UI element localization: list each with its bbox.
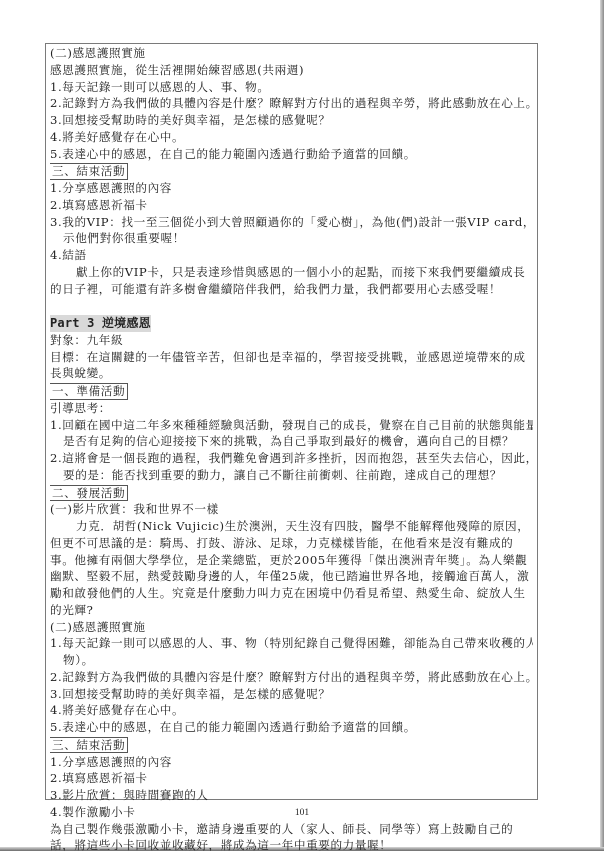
- text-line: 1.每天記錄一則可以感恩的人、事、物（特別紀錄自己覺得困難，卻能為自己帶來收穫的…: [50, 635, 533, 652]
- section-heading-row: 二、發展活動: [50, 484, 533, 502]
- text-line: 3.回想接受幫助時的美好與幸福，是怎樣的感覺呢？: [50, 686, 533, 703]
- text-line: 2.這將會是一個長跑的過程，我們難免會遇到許多挫折，因而抱怨，甚至失去信心，因此…: [50, 450, 533, 467]
- text-line: 示他們對你很重要喔！: [50, 230, 533, 247]
- text-line: 1.分享感恩護照的內容: [50, 180, 533, 197]
- text-line: 5.表達心中的感恩，在自己的能力範圍內透過行動給予適當的回饋。: [50, 719, 533, 736]
- text-line: 4.結語: [50, 247, 533, 264]
- text-line: 2.填寫感恩祈福卡: [50, 197, 533, 214]
- text-line: 為自己製作幾張激勵小卡，邀請身邊重要的人（家人、師長、同學等）寫上鼓勵自己的話，…: [50, 821, 533, 851]
- text-line: 2.填寫感恩祈福卡: [50, 770, 533, 787]
- body-paragraph: 力克．胡哲(Nick Vujicic)生於澳洲，天生沒有四肢，醫學不能解釋他殘障…: [50, 518, 533, 619]
- section-heading-row: 三、結束活動: [50, 162, 533, 180]
- text-line: 感恩護照實施，從生活裡開始練習感恩(共兩週): [50, 62, 533, 79]
- section-heading: 三、結束活動: [50, 737, 128, 754]
- text-line: 4.將美好感覺存在心中。: [50, 702, 533, 719]
- text-line: 對象：九年級: [50, 332, 533, 349]
- text-line: 3.我的VIP：找一至三個從小到大曾照顧過你的「愛心樹」，為他(們)設計一張VI…: [50, 214, 533, 231]
- section-heading-row: 三、結束活動: [50, 736, 533, 754]
- text-line: 目標：在這關鍵的一年儘管辛苦，但卻也是幸福的，學習接受挑戰，並感恩逆境帶來的成長…: [50, 349, 533, 383]
- text-line: 是否有足夠的信心迎接接下來的挑戰，為自己爭取到最好的機會，邁向自己的目標？: [50, 433, 533, 450]
- section-heading: 一、準備活動: [50, 383, 128, 400]
- text-line: 引導思考：: [50, 400, 533, 417]
- text-line: (二)感恩護照實施: [50, 619, 533, 636]
- page-number: 101: [0, 808, 604, 818]
- text-line: (二)感恩護照實施: [50, 45, 533, 62]
- part-heading-row: Part 3 逆境感恩: [50, 314, 533, 332]
- text-line: 物）。: [50, 652, 533, 669]
- text-line: 要的是：能否找到重要的動力，讓自己不斷往前衝刺、往前跑，達成自己的理想？: [50, 467, 533, 484]
- text-line: 2.記錄對方為我們做的具體內容是什麼？瞭解對方付出的過程與辛勞，將此感動放在心上…: [50, 669, 533, 686]
- text-line: 5.表達心中的感恩，在自己的能力範圍內透過行動給予適當的回饋。: [50, 146, 533, 163]
- section-heading: 二、發展活動: [50, 485, 128, 502]
- section-heading: 三、結束活動: [50, 163, 128, 180]
- text-line: 4.將美好感覺存在心中。: [50, 129, 533, 146]
- text-line: 1.分享感恩護照的內容: [50, 754, 533, 771]
- text-line: 2.記錄對方為我們做的具體內容是什麼？瞭解對方付出的過程與辛勞，將此感動放在心上…: [50, 95, 533, 112]
- text-line: 1.回顧在國中這二年多來種種經驗與活動，發現自己的成長，覺察在自己目前的狀態與能…: [50, 417, 533, 434]
- text-line: 1.每天記錄一則可以感恩的人、事、物。: [50, 79, 533, 96]
- lesson-plan-box: (二)感恩護照實施感恩護照實施，從生活裡開始練習感恩(共兩週)1.每天記錄一則可…: [45, 43, 538, 800]
- body-paragraph: 獻上你的VIP卡，只是表達珍惜與感恩的一個小小的起點，而接下來我們要繼續成長的日…: [50, 264, 533, 298]
- blank-line: [50, 297, 533, 314]
- page-shadow-right: [600, 0, 604, 851]
- text-line: 3.影片欣賞：與時間賽跑的人: [50, 787, 533, 804]
- section-heading-row: 一、準備活動: [50, 382, 533, 400]
- text-line: (一)影片欣賞：我和世界不一樣: [50, 501, 533, 518]
- text-line: 3.回想接受幫助時的美好與幸福，是怎樣的感覺呢？: [50, 112, 533, 129]
- part-heading: Part 3 逆境感恩: [50, 315, 151, 332]
